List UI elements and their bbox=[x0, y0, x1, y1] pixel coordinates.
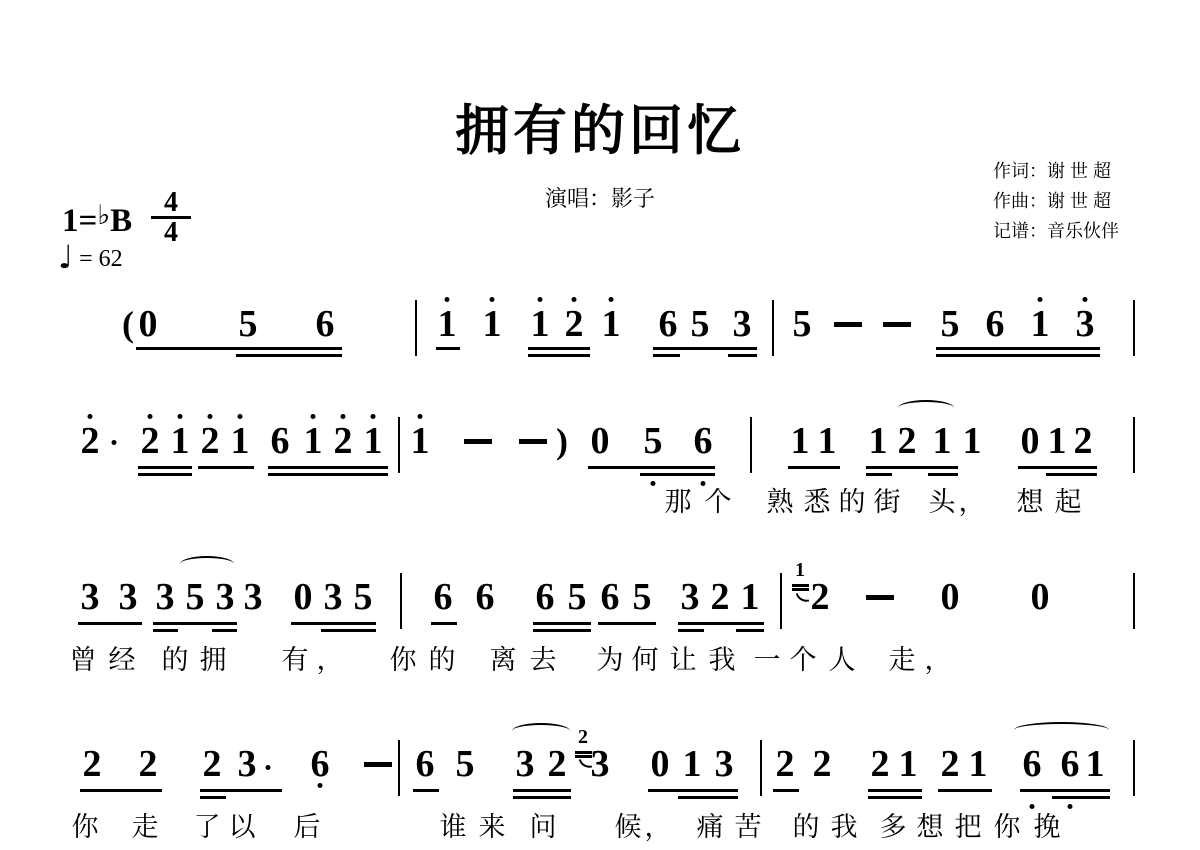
lyric-char: 的 bbox=[162, 645, 189, 675]
lyric-char: 候 bbox=[615, 812, 642, 842]
jianpu-note: 5 bbox=[354, 578, 373, 616]
beam-underline bbox=[436, 347, 460, 350]
jianpu-note: 3 bbox=[681, 578, 700, 616]
jianpu-note: 6 bbox=[536, 578, 555, 616]
lyric-char: 走 bbox=[132, 812, 159, 842]
lyric-char: 以 bbox=[229, 812, 256, 842]
jianpu-note: 1 bbox=[304, 422, 323, 460]
jianpu-note: 5 bbox=[793, 305, 812, 343]
slur bbox=[180, 556, 234, 572]
sustain-dash bbox=[364, 762, 392, 767]
jianpu-note: 6 bbox=[476, 578, 495, 616]
bar-line bbox=[1133, 573, 1135, 629]
sustain-dash bbox=[519, 439, 547, 444]
lyric-char: 的 bbox=[429, 645, 456, 675]
octave-dot bbox=[208, 414, 213, 419]
lyric-char: 个 bbox=[790, 645, 817, 675]
lyric-char: 曾 bbox=[70, 645, 97, 675]
beam-underline bbox=[866, 473, 892, 476]
jianpu-note: 0 bbox=[1031, 578, 1050, 616]
beam-underline bbox=[528, 354, 590, 357]
jianpu-note: 0 bbox=[591, 422, 610, 460]
jianpu-note: 2 bbox=[81, 422, 100, 460]
beam-underline bbox=[1018, 466, 1097, 469]
phrase-paren: ) bbox=[556, 422, 568, 460]
octave-dot bbox=[318, 783, 323, 788]
beam-underline bbox=[928, 473, 958, 476]
lyric-char: 问 bbox=[530, 812, 557, 842]
jianpu-note: 3 bbox=[733, 305, 752, 343]
slur bbox=[512, 723, 570, 739]
lyric-char: 人 bbox=[829, 645, 856, 675]
lyric-char: 去 bbox=[530, 645, 557, 675]
octave-dot bbox=[701, 481, 706, 486]
jianpu-note: 1 bbox=[411, 422, 430, 460]
jianpu-note: 2 bbox=[203, 745, 222, 783]
score: (05611121653556132212161211)056111211012… bbox=[0, 0, 1200, 850]
beam-underline bbox=[653, 354, 680, 357]
beam-underline bbox=[938, 789, 992, 792]
lyric-char: 我 bbox=[831, 812, 858, 842]
bar-line bbox=[415, 300, 417, 356]
beam-underline bbox=[936, 347, 1100, 350]
jianpu-note: 2 bbox=[334, 422, 353, 460]
beam-underline bbox=[413, 789, 439, 792]
beam-underline bbox=[513, 796, 571, 799]
jianpu-note: 3 bbox=[81, 578, 100, 616]
beam-underline bbox=[678, 622, 764, 625]
jianpu-note: 1 bbox=[683, 745, 702, 783]
beam-underline bbox=[528, 347, 590, 350]
lyric-char: ， bbox=[925, 645, 952, 675]
bar-line bbox=[780, 573, 782, 629]
octave-dot bbox=[1030, 804, 1035, 809]
octave-dot bbox=[651, 481, 656, 486]
jianpu-note: 1 bbox=[171, 422, 190, 460]
slur bbox=[1014, 722, 1109, 738]
beam-underline bbox=[291, 622, 376, 625]
beam-underline bbox=[1020, 789, 1110, 792]
octave-dot bbox=[341, 414, 346, 419]
beam-underline bbox=[868, 796, 922, 799]
octave-dot bbox=[178, 414, 183, 419]
beam-underline bbox=[736, 629, 764, 632]
jianpu-note: 6 bbox=[271, 422, 290, 460]
jianpu-note: 2 bbox=[83, 745, 102, 783]
jianpu-note: 3 bbox=[324, 578, 343, 616]
octave-dot bbox=[1038, 297, 1043, 302]
jianpu-note: 1 bbox=[969, 745, 988, 783]
sheet-music-page: 拥有的回忆 演唱：影子 作词：谢 世 超 作曲：谢 世 超 记谱：音乐伙伴 1=… bbox=[0, 0, 1200, 850]
beam-underline bbox=[728, 354, 757, 357]
bar-line bbox=[398, 417, 400, 473]
octave-dot bbox=[148, 414, 153, 419]
lyric-char: 的 bbox=[839, 487, 866, 517]
lyric-char: 我 bbox=[709, 645, 736, 675]
jianpu-note: 2 bbox=[565, 305, 584, 343]
jianpu-note: 1 bbox=[531, 305, 550, 343]
bar-line bbox=[398, 740, 400, 796]
lyric-char: 经 bbox=[109, 645, 136, 675]
octave-dot bbox=[572, 297, 577, 302]
jianpu-note: 0 bbox=[1021, 422, 1040, 460]
octave-dot bbox=[538, 297, 543, 302]
jianpu-note: 6 bbox=[316, 305, 335, 343]
jianpu-note: 5 bbox=[941, 305, 960, 343]
octave-dot bbox=[1083, 297, 1088, 302]
jianpu-note: 2 bbox=[141, 422, 160, 460]
jianpu-note: 1 bbox=[741, 578, 760, 616]
jianpu-note: 6 bbox=[601, 578, 620, 616]
jianpu-note: 5 bbox=[691, 305, 710, 343]
lyric-char: 那 bbox=[665, 487, 692, 517]
jianpu-note: 1 bbox=[818, 422, 837, 460]
jianpu-note: 1 bbox=[1048, 422, 1067, 460]
lyric-char: 你 bbox=[994, 812, 1021, 842]
sustain-dash bbox=[834, 322, 862, 327]
lyric-char: 苦 bbox=[735, 812, 762, 842]
jianpu-note: 1 bbox=[933, 422, 952, 460]
lyric-char: 熟 bbox=[767, 487, 794, 517]
bar-line bbox=[1133, 417, 1135, 473]
lyric-char: 谁 bbox=[440, 812, 467, 842]
beam-underline bbox=[936, 354, 1100, 357]
octave-dot bbox=[609, 297, 614, 302]
bar-line bbox=[760, 740, 762, 796]
jianpu-note: 6 bbox=[434, 578, 453, 616]
grace-note: 2 bbox=[578, 727, 588, 747]
jianpu-note: 1 bbox=[899, 745, 918, 783]
jianpu-note: 2 bbox=[871, 745, 890, 783]
lyric-char: 一 bbox=[754, 645, 781, 675]
slur bbox=[898, 400, 954, 416]
jianpu-note: 3 bbox=[591, 745, 610, 783]
beam-underline bbox=[648, 789, 738, 792]
octave-dot bbox=[311, 414, 316, 419]
beam-underline bbox=[792, 584, 809, 587]
lyric-char: 拥 bbox=[200, 645, 227, 675]
bar-line bbox=[400, 573, 402, 629]
jianpu-note: 2 bbox=[1074, 422, 1093, 460]
jianpu-note: 3 bbox=[238, 745, 257, 783]
jianpu-note: 1 bbox=[602, 305, 621, 343]
lyric-char: 来 bbox=[479, 812, 506, 842]
octave-dot bbox=[418, 414, 423, 419]
beam-underline bbox=[138, 473, 192, 476]
jianpu-note: 2 bbox=[776, 745, 795, 783]
jianpu-note: 2 bbox=[711, 578, 730, 616]
lyric-char: 想 bbox=[1017, 487, 1044, 517]
jianpu-note: 2 bbox=[548, 745, 567, 783]
jianpu-note: 3 bbox=[715, 745, 734, 783]
jianpu-note: 5 bbox=[568, 578, 587, 616]
lyric-char: ， bbox=[317, 645, 344, 675]
beam-underline bbox=[200, 796, 226, 799]
lyric-char: 把 bbox=[955, 812, 982, 842]
jianpu-note: 1 bbox=[364, 422, 383, 460]
bar-line bbox=[750, 417, 752, 473]
beam-underline bbox=[533, 622, 591, 625]
lyric-char: 为 bbox=[597, 645, 624, 675]
beam-underline bbox=[268, 466, 388, 469]
jianpu-note: 1 bbox=[869, 422, 888, 460]
beam-underline bbox=[1046, 473, 1097, 476]
jianpu-note: 3 bbox=[516, 745, 535, 783]
jianpu-note: 0 bbox=[139, 305, 158, 343]
beam-underline bbox=[212, 629, 237, 632]
jianpu-note: 2 bbox=[941, 745, 960, 783]
jianpu-note: 1 bbox=[438, 305, 457, 343]
beam-underline bbox=[678, 629, 704, 632]
grace-note: 1 bbox=[795, 560, 805, 580]
jianpu-note: 6 bbox=[416, 745, 435, 783]
beam-underline bbox=[80, 789, 162, 792]
octave-dot bbox=[266, 765, 271, 770]
sustain-dash bbox=[866, 595, 894, 600]
jianpu-note: 5 bbox=[186, 578, 205, 616]
beam-underline bbox=[431, 622, 457, 625]
beam-underline bbox=[268, 473, 388, 476]
grace-hook bbox=[796, 591, 809, 604]
jianpu-note: 3 bbox=[156, 578, 175, 616]
jianpu-note: 6 bbox=[694, 422, 713, 460]
lyric-char: 个 bbox=[705, 487, 732, 517]
octave-dot bbox=[445, 297, 450, 302]
beam-underline bbox=[588, 466, 715, 469]
jianpu-note: 1 bbox=[791, 422, 810, 460]
jianpu-note: 5 bbox=[644, 422, 663, 460]
beam-underline bbox=[598, 622, 656, 625]
lyric-char: 痛 bbox=[697, 812, 724, 842]
bar-line bbox=[772, 300, 774, 356]
lyric-char: 离 bbox=[490, 645, 517, 675]
jianpu-note: 2 bbox=[898, 422, 917, 460]
jianpu-note: 3 bbox=[1076, 305, 1095, 343]
jianpu-note: 1 bbox=[231, 422, 250, 460]
octave-dot bbox=[490, 297, 495, 302]
beam-underline bbox=[1052, 796, 1110, 799]
bar-line bbox=[1133, 740, 1135, 796]
beam-underline bbox=[653, 347, 757, 350]
jianpu-note: 1 bbox=[483, 305, 502, 343]
octave-dot bbox=[371, 414, 376, 419]
beam-underline bbox=[866, 466, 958, 469]
jianpu-note: 3 bbox=[119, 578, 138, 616]
jianpu-note: 5 bbox=[456, 745, 475, 783]
jianpu-note: 2 bbox=[201, 422, 220, 460]
jianpu-note: 3 bbox=[216, 578, 235, 616]
jianpu-note: 1 bbox=[1086, 745, 1105, 783]
beam-underline bbox=[198, 466, 254, 469]
jianpu-note: 2 bbox=[813, 745, 832, 783]
jianpu-note: 3 bbox=[244, 578, 263, 616]
jianpu-note: 2 bbox=[139, 745, 158, 783]
lyric-char: 后 bbox=[294, 812, 321, 842]
jianpu-note: 1 bbox=[1031, 305, 1050, 343]
octave-dot bbox=[238, 414, 243, 419]
octave-dot bbox=[88, 414, 93, 419]
lyric-char: 让 bbox=[670, 645, 697, 675]
jianpu-note: 0 bbox=[294, 578, 313, 616]
sustain-dash bbox=[464, 439, 492, 444]
jianpu-note: 1 bbox=[963, 422, 982, 460]
octave-dot bbox=[1068, 804, 1073, 809]
lyric-char: 你 bbox=[72, 812, 99, 842]
lyric-char: 悉 bbox=[804, 487, 831, 517]
jianpu-note: 6 bbox=[986, 305, 1005, 343]
jianpu-note: 5 bbox=[239, 305, 258, 343]
lyric-char: 有 bbox=[282, 645, 309, 675]
lyric-char: 何 bbox=[632, 645, 659, 675]
beam-underline bbox=[575, 751, 592, 754]
beam-underline bbox=[678, 796, 738, 799]
lyric-char: 想 bbox=[917, 812, 944, 842]
lyric-char: 走 bbox=[889, 645, 916, 675]
lyric-char: 多 bbox=[880, 812, 907, 842]
lyric-char: ， bbox=[645, 812, 672, 842]
lyric-char: ， bbox=[959, 487, 986, 517]
beam-underline bbox=[200, 789, 282, 792]
jianpu-note: 0 bbox=[651, 745, 670, 783]
bar-line bbox=[1133, 300, 1135, 356]
beam-underline bbox=[788, 466, 840, 469]
jianpu-note: 6 bbox=[311, 745, 330, 783]
jianpu-note: 6 bbox=[1061, 745, 1080, 783]
octave-dot bbox=[112, 440, 117, 445]
lyric-char: 街 bbox=[874, 487, 901, 517]
jianpu-note: 6 bbox=[659, 305, 678, 343]
beam-underline bbox=[513, 789, 571, 792]
beam-underline bbox=[153, 622, 237, 625]
beam-underline bbox=[773, 789, 799, 792]
lyric-char: 头 bbox=[929, 487, 956, 517]
lyric-char: 起 bbox=[1055, 487, 1082, 517]
beam-underline bbox=[640, 473, 715, 476]
beam-underline bbox=[138, 466, 192, 469]
beam-underline bbox=[868, 789, 922, 792]
jianpu-note: 5 bbox=[633, 578, 652, 616]
jianpu-note: 0 bbox=[941, 578, 960, 616]
jianpu-note: 2 bbox=[811, 578, 830, 616]
lyric-char: 挽 bbox=[1034, 812, 1061, 842]
beam-underline bbox=[78, 622, 142, 625]
lyric-char: 了 bbox=[194, 812, 221, 842]
beam-underline bbox=[136, 347, 342, 350]
lyric-char: 的 bbox=[793, 812, 820, 842]
beam-underline bbox=[153, 629, 178, 632]
beam-underline bbox=[321, 629, 376, 632]
beam-underline bbox=[533, 629, 591, 632]
jianpu-note: 6 bbox=[1023, 745, 1042, 783]
lyric-char: 你 bbox=[390, 645, 417, 675]
phrase-paren: ( bbox=[122, 305, 134, 343]
beam-underline bbox=[236, 354, 342, 357]
sustain-dash bbox=[883, 322, 911, 327]
